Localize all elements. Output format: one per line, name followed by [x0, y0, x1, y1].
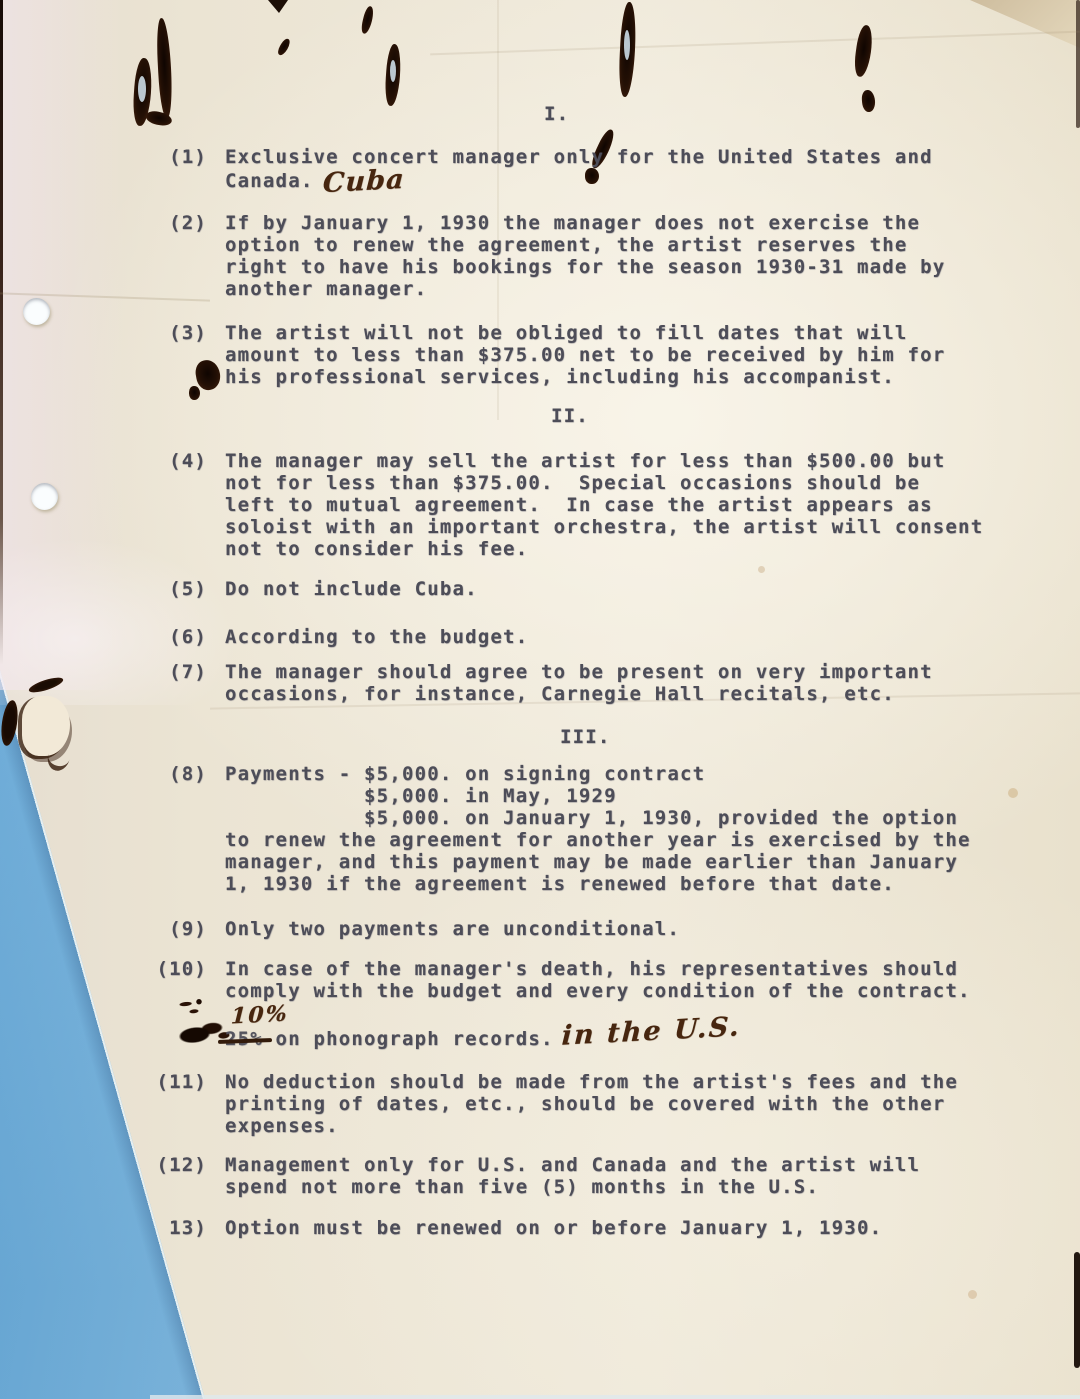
list-item-3: (3) The artist will not be obliged to fi… — [140, 322, 945, 388]
section-heading-II: II. — [551, 405, 589, 427]
list-item-5: (5) Do not include Cuba. — [140, 578, 478, 600]
item-line: another manager. — [225, 278, 945, 300]
item-line: Payments - $5,000. on signing contract — [225, 763, 971, 785]
top-edge-tear — [268, 0, 288, 13]
ink-scribble — [172, 1015, 231, 1050]
item-number: (7) — [140, 661, 207, 705]
item-line: left to mutual agreement. In case the ar… — [225, 494, 983, 516]
hole-punch — [31, 483, 58, 510]
corrected-line: 25% on phonograph records.in the U.S. — [225, 1026, 740, 1050]
item-line: Exclusive concert manager only for the U… — [225, 146, 933, 168]
item-line: No deduction should be made from the art… — [225, 1071, 958, 1093]
ink-blot — [852, 24, 874, 78]
item-line: soloist with an important orchestra, the… — [225, 516, 983, 538]
ink-blot — [276, 37, 292, 57]
annotation-row: 10% 25% on phonograph records.in the U.S… — [225, 1004, 971, 1052]
item-line: 1, 1930 if the agreement is renewed befo… — [225, 873, 971, 895]
section-heading-I: I. — [544, 103, 569, 125]
item-number: 13) — [140, 1217, 207, 1239]
list-item-11: (11) No deduction should be made from th… — [140, 1071, 958, 1137]
item-line: printing of dates, etc., should be cover… — [225, 1093, 958, 1115]
ink-smudge — [189, 386, 200, 400]
list-item-10: (10) In case of the manager's death, his… — [140, 958, 971, 1052]
list-item-4: (4) The manager may sell the artist for … — [140, 450, 983, 560]
item-line: In case of the manager's death, his repr… — [225, 958, 971, 980]
ink-blot — [861, 89, 876, 112]
item-number: (1) — [140, 146, 207, 192]
list-item-1: (1) Exclusive concert manager only for t… — [140, 146, 933, 192]
item-line: his professional services, including his… — [225, 366, 945, 388]
item-line: The artist will not be obliged to fill d… — [225, 322, 945, 344]
item-line: to renew the agreement for another year … — [225, 829, 971, 851]
item-line: According to the budget. — [225, 626, 528, 648]
item-line: $5,000. in May, 1929 — [225, 785, 971, 807]
top-right-corner-shading — [970, 0, 1080, 48]
item-line: $5,000. on January 1, 1930, provided the… — [225, 807, 971, 829]
list-item-13: 13) Option must be renewed on or before … — [140, 1217, 882, 1239]
item-number: (4) — [140, 450, 207, 560]
item-line: If by January 1, 1930 the manager does n… — [225, 212, 945, 234]
handwritten-cuba: Cuba — [323, 169, 406, 195]
item-line: right to have his bookings for the seaso… — [225, 256, 945, 278]
ink-blot-highlight — [624, 30, 630, 60]
scan-right-edge-mark — [1074, 1252, 1080, 1368]
item-line: amount to less than $375.00 net to be re… — [225, 344, 945, 366]
paper-stain — [1008, 788, 1018, 798]
ink-blot-highlight — [390, 60, 396, 82]
ink-blot — [360, 5, 376, 34]
item-line: occasions, for instance, Carnegie Hall r… — [225, 683, 933, 705]
item-line: manager, and this payment may be made ea… — [225, 851, 971, 873]
paper-stain — [758, 566, 765, 573]
item-number: (6) — [140, 626, 207, 648]
item-line: The manager should agree to be present o… — [225, 661, 933, 683]
item-line: spend not more than five (5) months in t… — [225, 1176, 920, 1198]
section-heading-III: III. — [560, 726, 611, 748]
item-number: (8) — [140, 763, 207, 895]
item-line: option to renew the agreement, the artis… — [225, 234, 945, 256]
list-item-2: (2) If by January 1, 1930 the manager do… — [140, 212, 945, 300]
scanned-document-page: I. II. III. (1) Exclusive concert manage… — [0, 0, 1080, 1399]
scan-left-edge — [0, 0, 3, 665]
ink-blot-highlight — [138, 76, 146, 102]
item-number: (11) — [140, 1071, 207, 1137]
item-line: Option must be renewed on or before Janu… — [225, 1217, 882, 1239]
item-line: not to consider his fee. — [225, 538, 983, 560]
item-line: comply with the budget and every conditi… — [225, 980, 971, 1002]
list-item-9: (9) Only two payments are unconditional. — [140, 918, 680, 940]
list-item-6: (6) According to the budget. — [140, 626, 528, 648]
item-number: (12) — [140, 1154, 207, 1198]
item-line: Only two payments are unconditional. — [225, 918, 680, 940]
item-line: not for less than $375.00. Special occas… — [225, 472, 983, 494]
hole-punch — [23, 298, 50, 325]
item-number: (9) — [140, 918, 207, 940]
list-item-12: (12) Management only for U.S. and Canada… — [140, 1154, 920, 1198]
bottom-page-edge — [150, 1395, 1080, 1399]
item-line: Do not include Cuba. — [225, 578, 478, 600]
item-line: Management only for U.S. and Canada and … — [225, 1154, 920, 1176]
list-item-7: (7) The manager should agree to be prese… — [140, 661, 933, 705]
ink-scribble — [176, 996, 208, 1017]
item-line: Canada.Cuba — [225, 168, 933, 192]
struck-out-text: 25% — [225, 1028, 263, 1050]
item-number: (3) — [140, 322, 207, 388]
item-number: (5) — [140, 578, 207, 600]
item-line: expenses. — [225, 1115, 958, 1137]
item-number: (2) — [140, 212, 207, 300]
item-line: The manager may sell the artist for less… — [225, 450, 983, 472]
handwritten-in-the-us: in the U.S. — [561, 1016, 741, 1047]
list-item-8: (8) Payments - $5,000. on signing contra… — [140, 763, 971, 895]
ink-blot — [155, 18, 173, 119]
scan-right-edge-mark — [1076, 0, 1080, 128]
paper-stain — [968, 1290, 977, 1299]
paper-crease — [430, 31, 1080, 56]
